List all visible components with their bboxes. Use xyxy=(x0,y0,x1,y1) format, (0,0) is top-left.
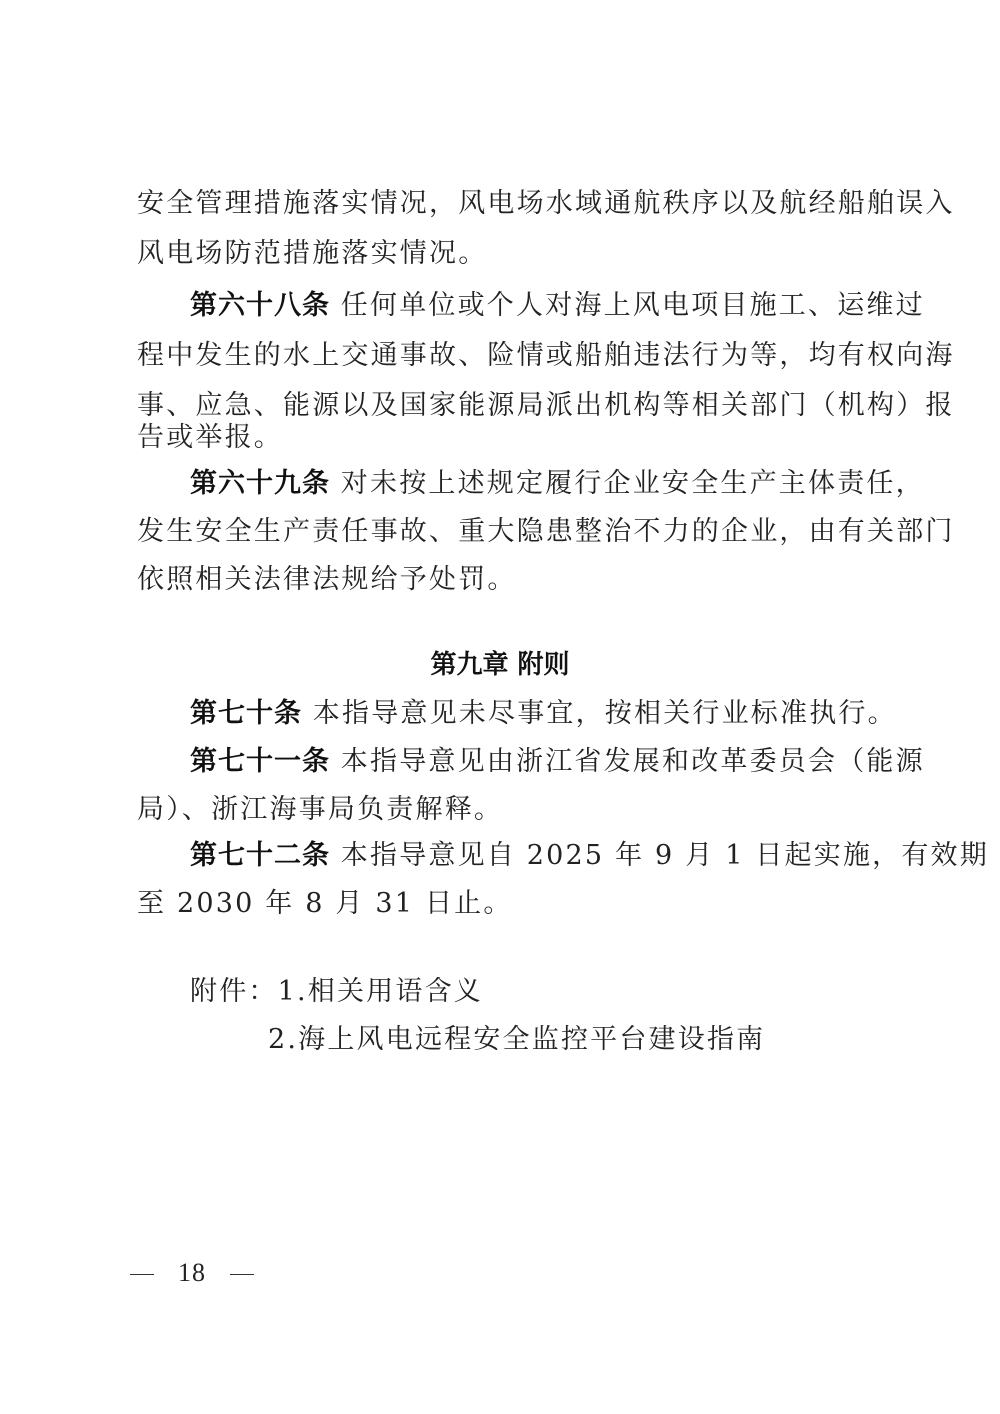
page-number: 18 xyxy=(178,1258,206,1287)
paragraph-line: 告或举报。 xyxy=(137,420,283,456)
paragraph-line: 安全管理措施落实情况，风电场水域通航秩序以及航经船舶误入 xyxy=(137,186,955,222)
paragraph-line: 程中发生的水上交通事故、险情或船舶违法行为等，均有权向海 xyxy=(137,338,955,374)
article-text: 对未按上述规定履行企业安全生产主体责任， xyxy=(341,468,925,499)
paragraph-line: 事、应急、能源以及国家能源局派出机构等相关部门（机构）报 xyxy=(137,388,955,424)
article-71: 第七十一条 本指导意见由浙江省发展和改革委员会（能源 xyxy=(190,744,925,780)
attachment-line-1: 附件：1.相关用语含义 xyxy=(190,974,483,1010)
dash-left xyxy=(130,1274,154,1276)
article-text: 本指导意见未尽事宜，按相关行业标准执行。 xyxy=(313,698,897,729)
article-68: 第六十八条 任何单位或个人对海上风电项目施工、运维过 xyxy=(190,288,925,324)
paragraph-line: 风电场防范措施落实情况。 xyxy=(137,236,487,272)
document-page: 安全管理措施落实情况，风电场水域通航秩序以及航经船舶误入 风电场防范措施落实情况… xyxy=(0,0,1000,1414)
article-heading: 第七十条 xyxy=(190,698,302,729)
attachment-item: 1.相关用语含义 xyxy=(278,976,483,1007)
attachment-label: 附件： xyxy=(190,976,278,1007)
article-69: 第六十九条 对未按上述规定履行企业安全生产主体责任， xyxy=(190,466,925,502)
paragraph-line: 依照相关法律法规给予处罚。 xyxy=(137,562,517,598)
article-heading: 第六十九条 xyxy=(190,468,330,499)
article-72: 第七十二条 本指导意见自 2025 年 9 月 1 日起实施，有效期 xyxy=(190,838,989,874)
paragraph-line: 局）、浙江海事局负责解释。 xyxy=(137,792,503,828)
article-text: 任何单位或个人对海上风电项目施工、运维过 xyxy=(341,290,925,321)
chapter-title: 第九章 附则 xyxy=(0,647,1000,683)
article-70: 第七十条 本指导意见未尽事宜，按相关行业标准执行。 xyxy=(190,696,897,732)
paragraph-line: 至 2030 年 8 月 31 日止。 xyxy=(137,886,513,922)
article-heading: 第七十二条 xyxy=(190,840,330,871)
attachment-item: 2.海上风电远程安全监控平台建设指南 xyxy=(268,1022,765,1058)
article-text: 本指导意见自 2025 年 9 月 1 日起实施，有效期 xyxy=(341,840,989,871)
paragraph-line: 发生安全生产责任事故、重大隐患整治不力的企业，由有关部门 xyxy=(137,514,955,550)
page-footer: 18 xyxy=(130,1258,254,1288)
article-heading: 第七十一条 xyxy=(190,746,330,777)
dash-right xyxy=(230,1274,254,1276)
article-heading: 第六十八条 xyxy=(190,290,330,321)
article-text: 本指导意见由浙江省发展和改革委员会（能源 xyxy=(341,746,925,777)
